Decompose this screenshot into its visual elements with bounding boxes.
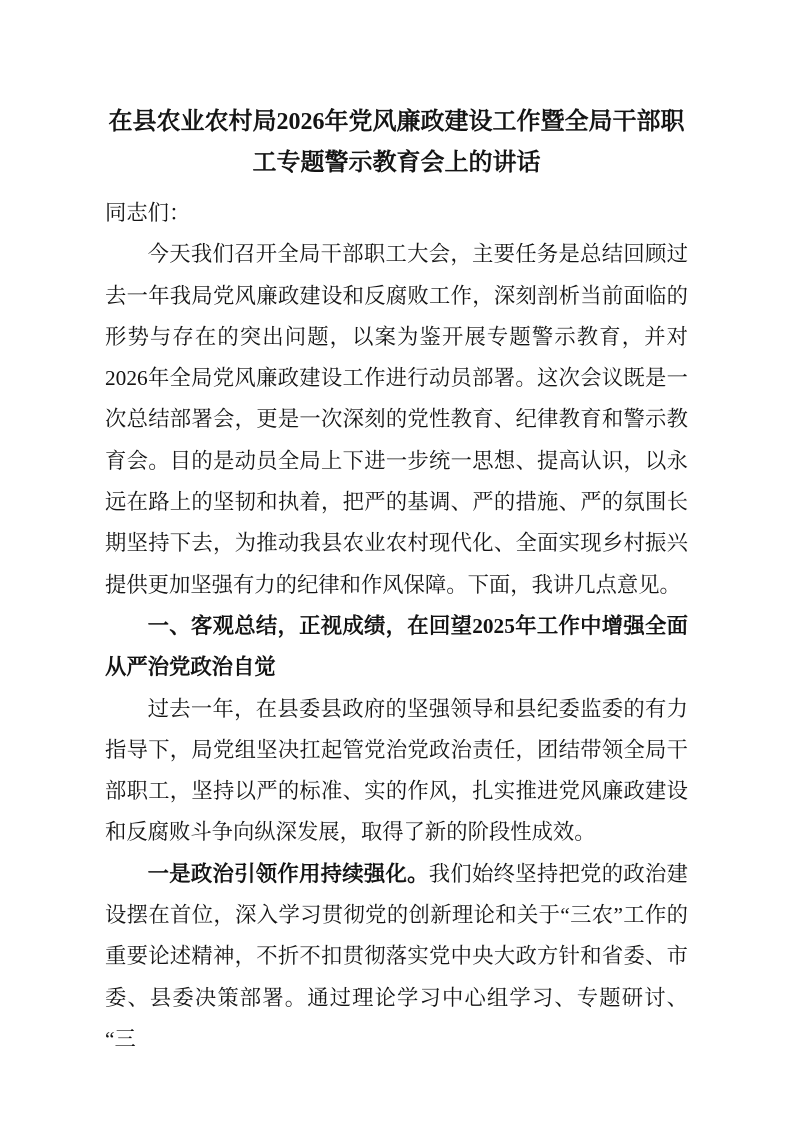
salutation-line: 同志们：	[105, 193, 688, 234]
opening-paragraph: 今天我们召开全局干部职工大会，主要任务是总结回顾过去一年我局党风廉政建设和反腐败…	[105, 234, 688, 606]
review-paragraph: 过去一年，在县委县政府的坚强领导和县纪委监委的有力指导下，局党组坚决扛起管党治党…	[105, 689, 688, 854]
document-title: 在县农业农村局2026年党风廉政建设工作暨全局干部职工专题警示教育会上的讲话	[105, 102, 688, 184]
point-1-body: 我们始终坚持把党的政治建设摆在首位，深入学习贯彻党的创新理论和关于“三农”工作的…	[105, 862, 688, 1051]
document-page: 在县农业农村局2026年党风廉政建设工作暨全局干部职工专题警示教育会上的讲话 同…	[0, 0, 793, 1122]
point-1-lead: 一是政治引领作用持续强化。	[148, 862, 429, 886]
point-1-paragraph: 一是政治引领作用持续强化。我们始终坚持把党的政治建设摆在首位，深入学习贯彻党的创…	[105, 854, 688, 1060]
section-1-heading: 一、客观总结，正视成绩，在回望2025年工作中增强全面从严治党政治自觉	[105, 606, 688, 689]
